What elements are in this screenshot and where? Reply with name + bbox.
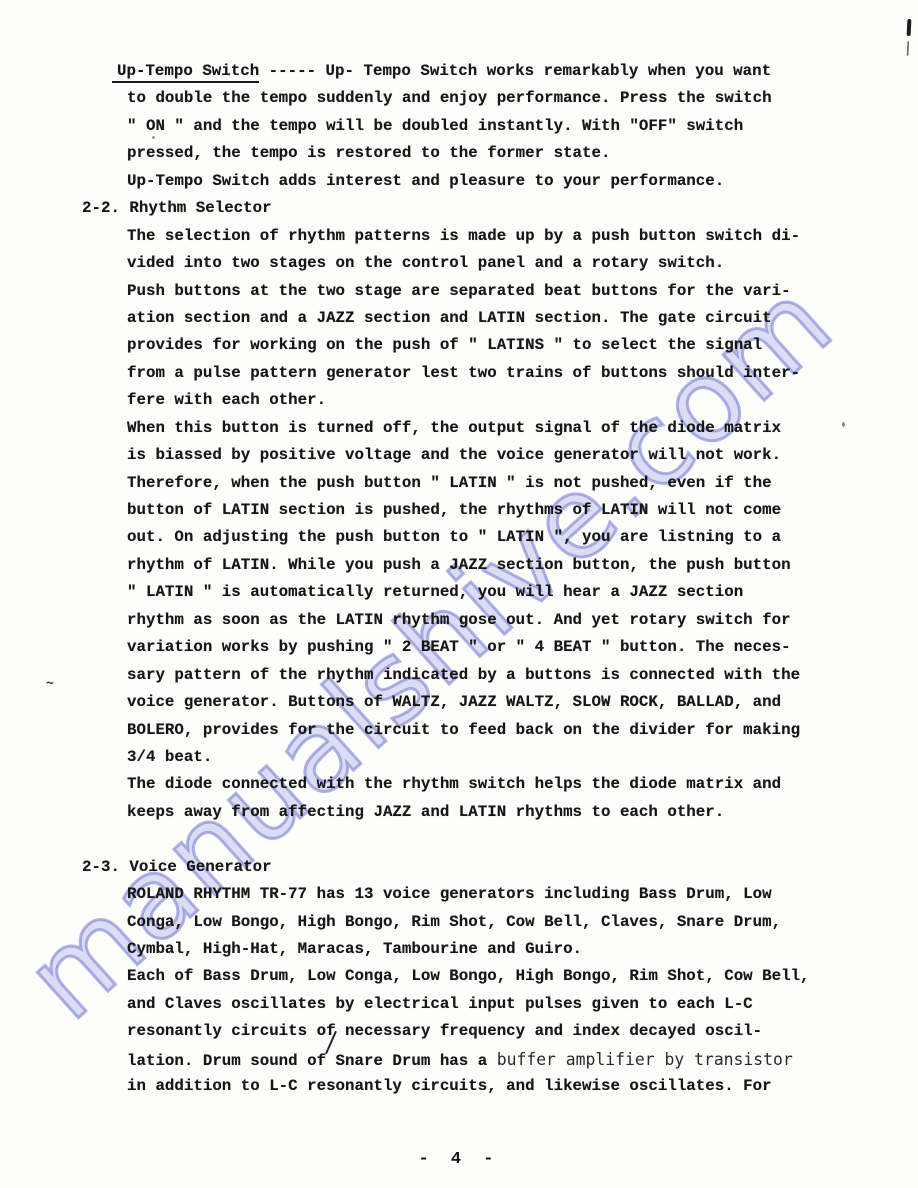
text-line: voice generator. Buttons of WALTZ, JAZZ … (0, 689, 918, 716)
up-tempo-heading-line: Up-Tempo Switch ----- Up- Tempo Switch w… (0, 58, 918, 85)
text-line: ROLAND RHYTHM TR-77 has 13 voice generat… (0, 881, 918, 908)
text-line: 3/4 beat. (0, 744, 918, 771)
section-heading: 2-2. Rhythm Selector (0, 195, 918, 222)
scan-ink-mark (907, 19, 912, 36)
section-heading: 2-3. Voice Generator (0, 854, 918, 881)
overlay-text-segment: buffer amplifier by transistor (497, 1050, 793, 1069)
text-line: in addition to L-C resonantly circuits, … (0, 1073, 918, 1100)
text-line: and Claves oscillates by electrical inpu… (0, 991, 918, 1018)
text-line: ation section and a JAZZ section and LAT… (0, 305, 918, 332)
text-line: to double the tempo suddenly and enjoy p… (0, 85, 918, 112)
section-title: Rhythm Selector (129, 199, 271, 217)
section-number: 2-3. (82, 858, 129, 876)
text-line: lation. Drum sound of Snare Drum has a b… (0, 1046, 918, 1073)
text-line: Conga, Low Bongo, High Bongo, Rim Shot, … (0, 909, 918, 936)
text-line: When this button is turned off, the outp… (0, 415, 918, 442)
text-line: The selection of rhythm patterns is made… (0, 223, 918, 250)
text-line: Push buttons at the two stage are separa… (0, 278, 918, 305)
text-line: " LATIN " is automatically returned, you… (0, 579, 918, 606)
page-number: - 4 - (0, 1150, 918, 1169)
text-line: vided into two stages on the control pan… (0, 250, 918, 277)
up-tempo-heading: Up-Tempo Switch (112, 62, 259, 83)
sections-container: 2-2. Rhythm SelectorThe selection of rhy… (0, 195, 918, 1100)
text-segment: lation. Drum sound of Snare Drum has a (127, 1052, 497, 1070)
scanned-document-page: manualshive.com Up-Tempo Switch ----- Up… (0, 0, 918, 1188)
text-line: BOLERO, provides for the circuit to feed… (0, 717, 918, 744)
text-line: resonantly circuits of necessary frequen… (0, 1018, 918, 1045)
text-line: fere with each other. (0, 387, 918, 414)
text-line: " ON " and the tempo will be doubled ins… (0, 113, 918, 140)
text-line: Up-Tempo Switch adds interest and pleasu… (0, 168, 918, 195)
text-line: Therefore, when the push button " LATIN … (0, 470, 918, 497)
text-line: out. On adjusting the push button to " L… (0, 524, 918, 551)
document-body: Up-Tempo Switch ----- Up- Tempo Switch w… (0, 58, 918, 1101)
text-line: rhythm of LATIN. While you push a JAZZ s… (0, 552, 918, 579)
section-number: 2-2. (82, 199, 129, 217)
text-line: pressed, the tempo is restored to the fo… (0, 140, 918, 167)
text-line: The diode connected with the rhythm swit… (0, 771, 918, 798)
text-line: is biassed by positive voltage and the v… (0, 442, 918, 469)
up-tempo-paragraph: to double the tempo suddenly and enjoy p… (0, 85, 918, 195)
text-line: from a pulse pattern generator lest two … (0, 360, 918, 387)
text-line: variation works by pushing " 2 BEAT " or… (0, 634, 918, 661)
text-line: sary pattern of the rhythm indicated by … (0, 662, 918, 689)
section: 2-3. Voice GeneratorROLAND RHYTHM TR-77 … (0, 854, 918, 1101)
text-line: Each of Bass Drum, Low Conga, Low Bongo,… (0, 963, 918, 990)
text-line: button of LATIN section is pushed, the r… (0, 497, 918, 524)
section: 2-2. Rhythm SelectorThe selection of rhy… (0, 195, 918, 826)
text-line: rhythm as soon as the LATIN rhythm gose … (0, 607, 918, 634)
up-tempo-heading-rest: ----- Up- Tempo Switch works remarkably … (259, 62, 771, 80)
text-line: keeps away from affecting JAZZ and LATIN… (0, 799, 918, 826)
section-title: Voice Generator (129, 858, 271, 876)
text-line: provides for working on the push of " LA… (0, 332, 918, 359)
text-line: Cymbal, High-Hat, Maracas, Tambourine an… (0, 936, 918, 963)
